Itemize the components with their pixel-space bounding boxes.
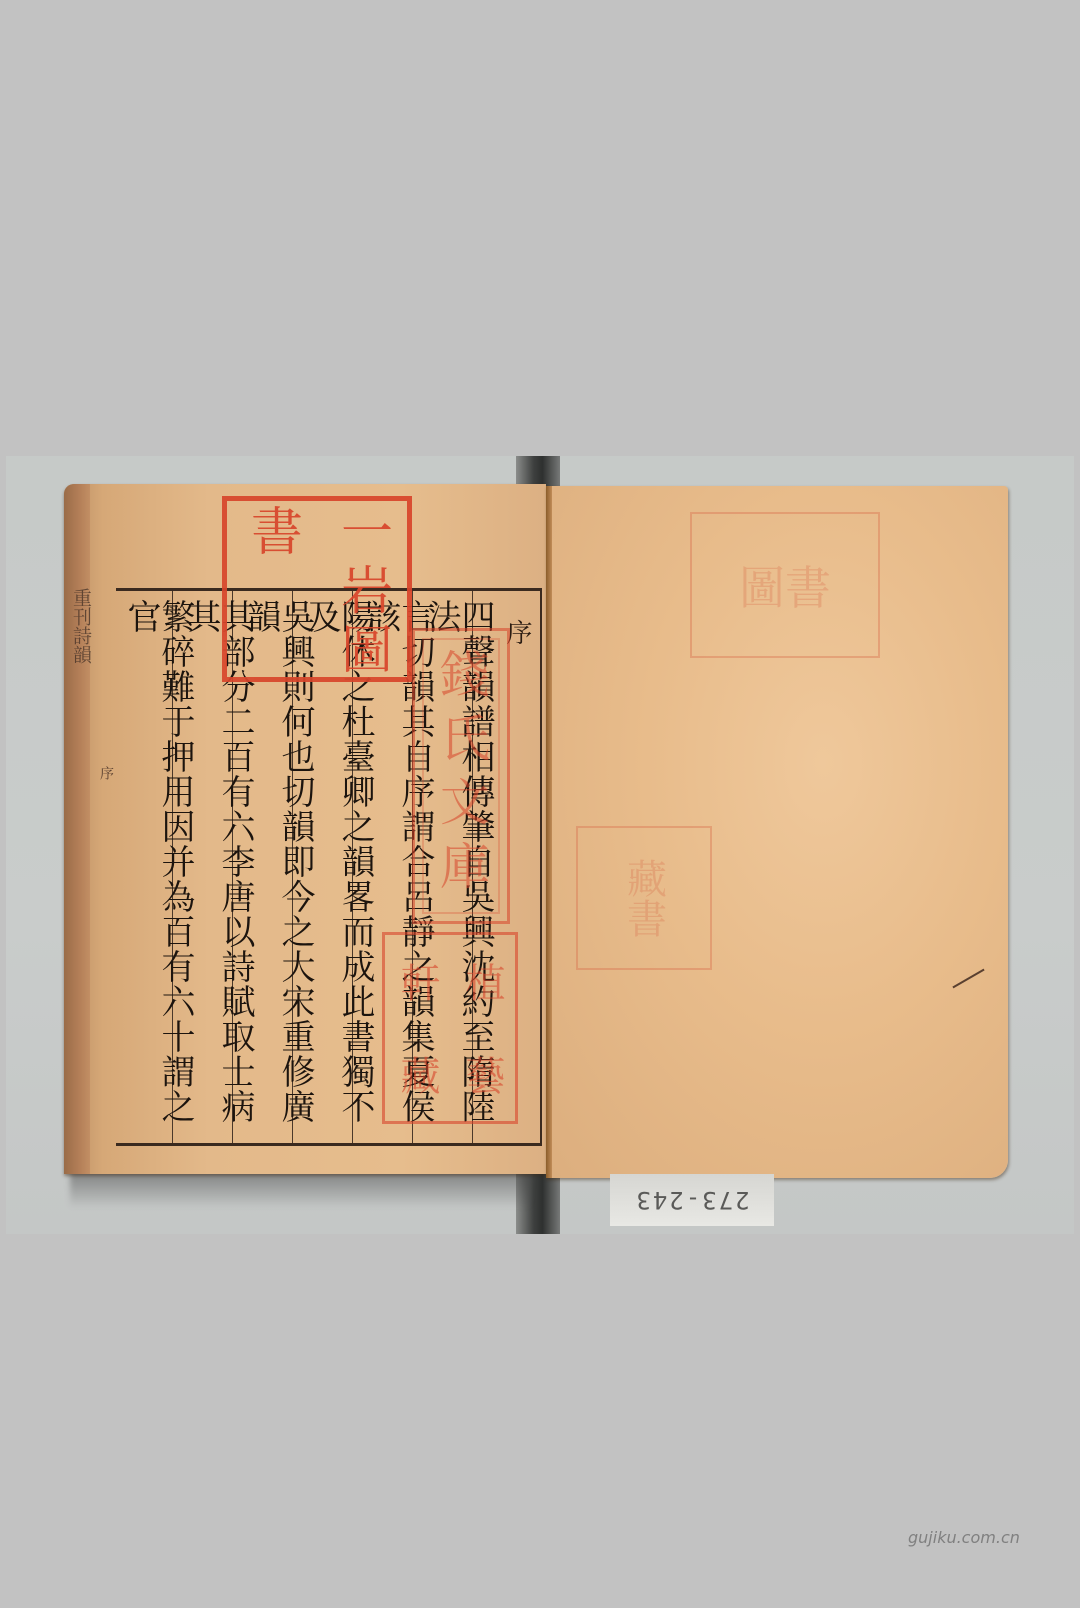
paper-tear: [952, 969, 995, 1008]
seal-char: 軒: [389, 935, 446, 1028]
seal-char: 岩: [325, 560, 400, 619]
seal-char: 庫: [432, 840, 490, 904]
right-page: 圖書 藏書: [546, 486, 1008, 1178]
seal-char: 藏: [389, 1028, 446, 1121]
seal-char: 一: [325, 501, 400, 560]
seal-char: 藝: [454, 1028, 511, 1121]
seal-char: 文: [432, 776, 490, 840]
margin-section-note: 序: [96, 766, 116, 780]
seal-char: 圖: [325, 618, 400, 677]
seal-char: 書: [235, 501, 310, 560]
red-seal-main: 一 岩 圖 書: [222, 496, 412, 682]
red-seal-long: 錢氏文庫: [412, 628, 510, 924]
red-seal-lower: 植 藝 軒 藏: [382, 932, 518, 1124]
seal-char: 植: [454, 935, 511, 1028]
call-number-label: 273-243: [610, 1174, 774, 1226]
site-watermark: gujiku.com.cn: [908, 1528, 1020, 1547]
text-column-6: 繁碎難于押用因并為百有六十謂之官: [124, 599, 192, 1143]
faded-seal-impression: 藏書: [576, 826, 712, 970]
margin-book-title: 重刊詩韻: [68, 588, 95, 664]
faded-seal-impression: 圖書: [690, 512, 880, 658]
left-page: 重刊詩韻 序 序 四聲韻譜相傳肇自吳興沈約至隋陸法 言切韻其自序謂合呂靜之韻集夏…: [64, 484, 546, 1174]
page-gutter: [546, 486, 552, 1178]
seal-char: 氏: [432, 712, 490, 776]
page-shadow: [70, 1168, 530, 1208]
seal-char: 錢: [432, 648, 490, 712]
